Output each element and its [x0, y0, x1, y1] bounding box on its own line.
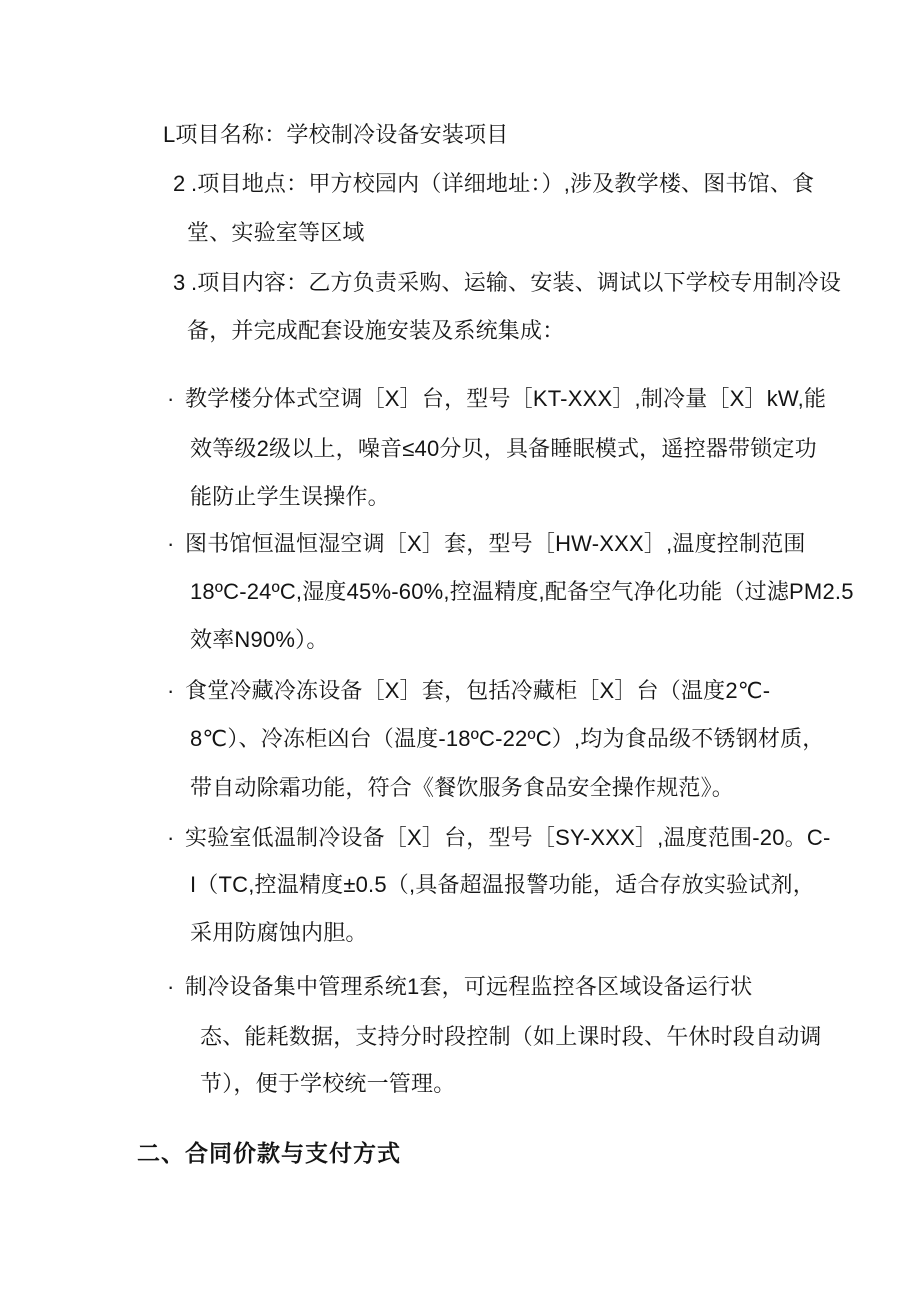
doc-line-project-location: 2 .项目地点：甲方校园内（详细地址：）,涉及教学楼、图书馆、食 [0, 169, 920, 201]
doc-line-project-content: 3 .项目内容：乙方负责采购、运输、安装、调试以下学校专用制冷设 [0, 268, 920, 300]
doc-line-text: .项目内容：乙方负责采购、运输、安装、调试以下学校专用制冷设 [191, 268, 841, 298]
doc-line-text: L项目名称：学校制冷设备安装项目 [163, 120, 508, 150]
doc-line: 效率N90%）。 [0, 625, 920, 657]
doc-line-project-name: L项目名称：学校制冷设备安装项目 [0, 120, 920, 152]
bullet-icon: · [167, 676, 175, 706]
doc-line-text: 态、能耗数据，支持分时段控制（如上课时段、午休时段自动调 [200, 1022, 822, 1052]
doc-line-text: 带自动除霜功能，符合《餐饮服务食品安全操作规范》。 [190, 773, 734, 803]
doc-bullet-canteen-refrigeration: · 食堂冷藏冷冻设备［X］套，包括冷藏柜［X］台（温度2℃- [0, 676, 920, 708]
doc-line-text: .项目地点：甲方校园内（详细地址：）,涉及教学楼、图书馆、食 [191, 169, 814, 199]
section-heading-text: 二、合同价款与支付方式 [137, 1138, 401, 1168]
doc-line-text: 制冷设备集中管理系统1套，可远程监控各区域设备运行状 [185, 972, 752, 1002]
doc-line-text: 8℃）、冷冻柜凶台（温度-18ºC-22ºC）,均为食品级不锈钢材质， [190, 724, 825, 754]
doc-line: 备，并完成配套设施安装及系统集成： [0, 316, 920, 348]
doc-line: 节），便于学校统一管理。 [0, 1069, 920, 1101]
doc-line: 态、能耗数据，支持分时段控制（如上课时段、午休时段自动调 [0, 1022, 920, 1054]
doc-line-text: 图书馆恒温恒湿空调［X］套，型号［HW-XXX］,温度控制范围 [185, 529, 806, 559]
doc-bullet-classroom-ac: · 教学楼分体式空调［X］台，型号［KT-XXX］,制冷量［X］kW,能 [0, 384, 920, 416]
doc-line: 带自动除霜功能，符合《餐饮服务食品安全操作规范》。 [0, 773, 920, 805]
doc-line-text: 节），便于学校统一管理。 [200, 1069, 455, 1099]
document-page: L项目名称：学校制冷设备安装项目 2 .项目地点：甲方校园内（详细地址：）,涉及… [0, 0, 920, 1301]
doc-bullet-management-system: · 制冷设备集中管理系统1套，可远程监控各区域设备运行状 [0, 972, 920, 1004]
doc-line-text: 采用防腐蚀内胆。 [190, 918, 368, 948]
doc-line-text: 教学楼分体式空调［X］台，型号［KT-XXX］,制冷量［X］kW,能 [185, 384, 826, 414]
doc-line-text: 堂、实验室等区域 [187, 218, 365, 248]
doc-bullet-lab-refrigeration: · 实验室低温制冷设备［X］台，型号［SY-XXX］,温度范围-20。C- [0, 823, 920, 855]
bullet-icon: · [167, 384, 175, 414]
bullet-icon: · [167, 529, 175, 559]
doc-line: 堂、实验室等区域 [0, 218, 920, 250]
doc-line-text: 备，并完成配套设施安装及系统集成： [187, 316, 564, 346]
doc-line: 效等级2级以上，噪音≤40分贝，具备睡眠模式，遥控器带锁定功 [0, 434, 920, 466]
list-number: 3 [173, 268, 185, 298]
doc-line: 能防止学生误操作。 [0, 482, 920, 514]
doc-line-text: 食堂冷藏冷冻设备［X］套，包括冷藏柜［X］台（温度2℃- [185, 676, 770, 706]
bullet-icon: · [167, 972, 175, 1002]
doc-line: 18ºC-24ºC,湿度45%-60%,控温精度,配备空气净化功能（过滤PM2.… [0, 577, 920, 609]
list-number: 2 [173, 169, 185, 199]
doc-line-text: 实验室低温制冷设备［X］台，型号［SY-XXX］,温度范围-20。C- [185, 823, 830, 853]
doc-line-text: I（TC,控温精度±0.5（,具备超温报警功能，适合存放实验试剂， [190, 870, 815, 900]
section-heading-payment: 二、合同价款与支付方式 [0, 1138, 920, 1170]
doc-line-text: 效率N90%）。 [190, 625, 329, 655]
doc-line: 采用防腐蚀内胆。 [0, 918, 920, 950]
doc-line-text: 效等级2级以上，噪音≤40分贝，具备睡眠模式，遥控器带锁定功 [190, 434, 817, 464]
doc-line-text: 能防止学生误操作。 [190, 482, 390, 512]
doc-line: I（TC,控温精度±0.5（,具备超温报警功能，适合存放实验试剂， [0, 870, 920, 902]
bullet-icon: · [167, 823, 175, 853]
doc-line-text: 18ºC-24ºC,湿度45%-60%,控温精度,配备空气净化功能（过滤PM2.… [190, 577, 854, 607]
doc-bullet-library-ac: · 图书馆恒温恒湿空调［X］套，型号［HW-XXX］,温度控制范围 [0, 529, 920, 561]
doc-line: 8℃）、冷冻柜凶台（温度-18ºC-22ºC）,均为食品级不锈钢材质， [0, 724, 920, 756]
